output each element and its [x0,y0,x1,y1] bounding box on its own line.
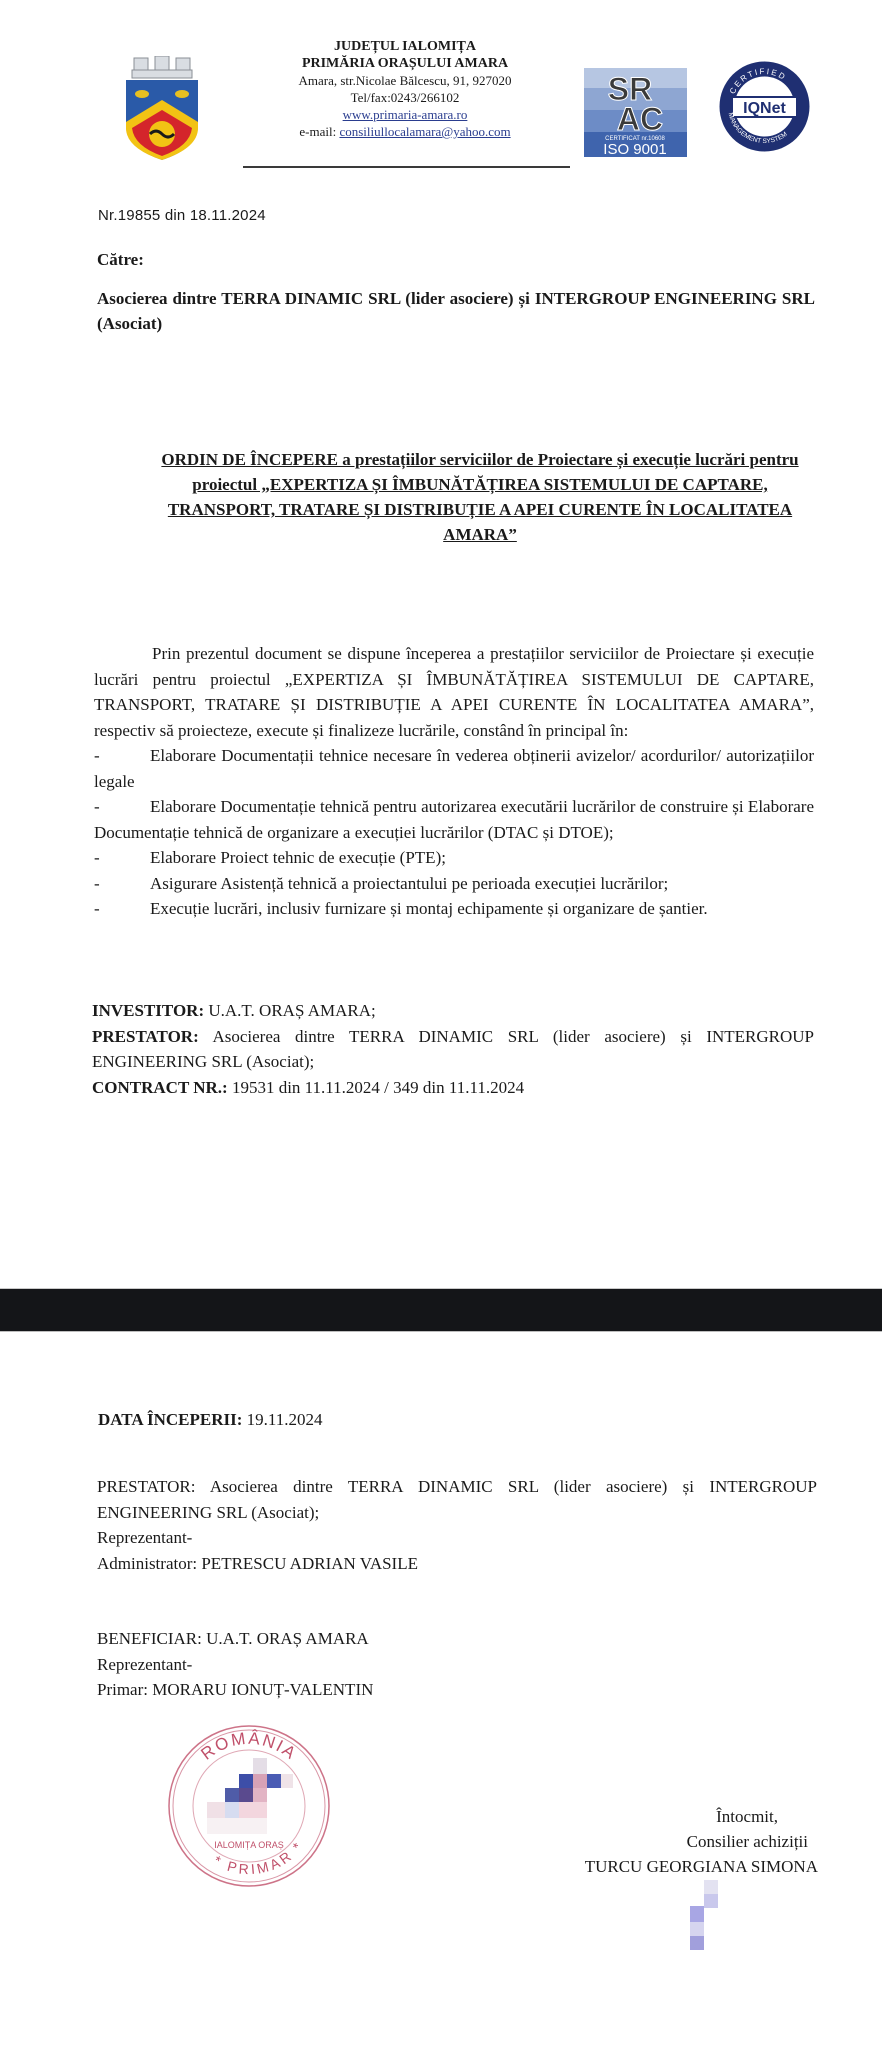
document-body: Prin prezentul document se dispune încep… [94,641,814,922]
start-date-line: DATA ÎNCEPERII: 19.11.2024 [98,1410,322,1430]
website-link[interactable]: www.primaria-amara.ro [343,107,468,122]
page-divider-band [0,1288,882,1332]
parties-block: INVESTITOR: U.A.T. ORAȘ AMARA; PRESTATOR… [92,998,814,1100]
phone: Tel/fax:0243/266102 [240,89,570,106]
list-item: -Execuție lucrări, inclusiv furnizare și… [94,896,814,922]
institution-name: PRIMĂRIA ORAȘULUI AMARA [240,55,570,72]
document-title: ORDIN DE ÎNCEPERE a prestațiilor servici… [145,447,815,547]
coat-of-arms-icon [124,56,200,162]
letterhead: JUDEȚUL IALOMIȚA PRIMĂRIA ORAȘULUI AMARA… [240,38,570,140]
svg-text:ISO 9001: ISO 9001 [603,141,666,157]
to-label: Către: [97,250,144,270]
county-name: JUDEȚUL IALOMIȚA [240,38,570,55]
iqnet-certified-logo-icon: IQNet CERTIFIED MANAGEMENT SYSTEM [718,60,811,153]
svg-text:IALOMIȚA ORAȘ: IALOMIȚA ORAȘ [214,1840,284,1850]
signature-blurred-icon [690,1880,750,1960]
srac-iso9001-logo-icon: SR AC CERTIFICAT nr.10608 ISO 9001 [584,58,687,157]
header-rule [243,166,570,168]
intro-paragraph: Prin prezentul document se dispune încep… [94,641,814,743]
beneficiary-signature-block: BENEFICIAR: U.A.T. ORAȘ AMARA Reprezenta… [97,1626,497,1703]
list-item: -Asigurare Asistență tehnică a proiectan… [94,871,814,897]
email-link[interactable]: consiliullocalamara@yahoo.com [339,124,510,139]
prepared-by-block: Întocmit, Consilier achiziții TURCU GEOR… [550,1804,818,1879]
provider-signature-block: PRESTATOR: Asocierea dintre TERRA DINAMI… [97,1474,817,1576]
scope-list: -Elaborare Documentații tehnice necesare… [94,743,814,922]
svg-text:AC: AC [617,101,663,137]
address: Amara, str.Nicolae Bălcescu, 91, 927020 [240,72,570,89]
investor-line: INVESTITOR: U.A.T. ORAȘ AMARA; [92,998,814,1024]
provider-line: PRESTATOR: Asocierea dintre TERRA DINAMI… [92,1024,814,1075]
svg-text:IQNet: IQNet [743,100,786,117]
recipient: Asocierea dintre TERRA DINAMIC SRL (lide… [97,286,815,336]
official-stamp-icon: ROMÂNIA * PRIMAR * IALOMIȚA ORAȘ [165,1722,333,1890]
email-label: e-mail: [299,124,339,139]
list-item: -Elaborare Documentații tehnice necesare… [94,743,814,794]
registration-number: Nr.19855 din 18.11.2024 [98,207,266,224]
contract-line: CONTRACT NR.: 19531 din 11.11.2024 / 349… [92,1075,814,1101]
list-item: -Elaborare Proiect tehnic de execuție (P… [94,845,814,871]
list-item: -Elaborare Documentație tehnică pentru a… [94,794,814,845]
